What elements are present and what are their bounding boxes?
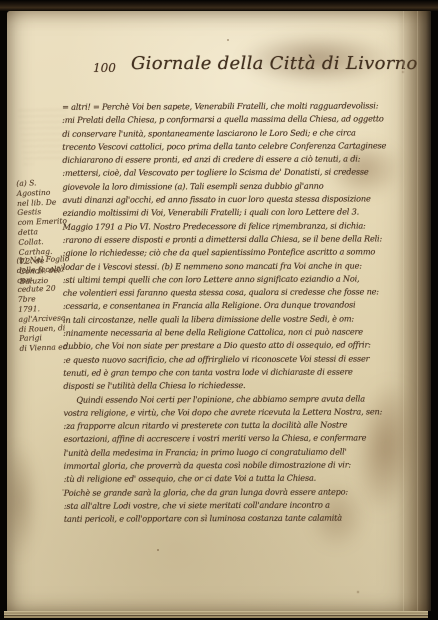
manuscript-line: lodar de i Vescovi stessi. (b) E nemmeno… [63, 259, 409, 274]
manuscript-line: vostra religione, e virtù, che Voi dopo … [63, 405, 409, 420]
ink-stain [7, 441, 39, 561]
manuscript-photo: 100 Giornale della Città di Livorno (a) … [0, 0, 438, 620]
manuscript-line: :mettersi, cioè, dal Vescovato per togli… [62, 166, 408, 181]
manuscript-line: :gione lo richiedesse; ciò che da quel s… [63, 246, 409, 261]
folio-number: 100 [93, 61, 116, 75]
manuscript-page: 100 Giornale della Città di Livorno (a) … [7, 11, 431, 611]
body-text: = altri! = Perchè Voi ben sapete, Venera… [62, 99, 410, 526]
manuscript-line: esortazioni, affine di accrescere i vost… [64, 432, 410, 447]
manuscript-line: :e questo nuovo sacrificio, che ad offri… [63, 352, 409, 367]
manuscript-line: eziandio moltissimi di Voi, Venerabili F… [63, 206, 409, 221]
page-curve-shadow [397, 11, 431, 611]
page-stack-edges [4, 611, 428, 618]
manuscript-line: che volentieri essi faranno questa stess… [63, 285, 409, 300]
manuscript-line: tanti pericoli, e coll'opportare con sì … [64, 511, 410, 526]
manuscript-line: dubbio, che Voi non siate per prestare a… [63, 339, 409, 354]
foxing-specks [157, 549, 159, 551]
book-top-edge [0, 0, 438, 11]
manuscript-line: Quindi essendo Noi certi per l'opinione,… [63, 392, 409, 407]
manuscript-line: :mi Prelati della Chiesa, p conformarsi … [62, 113, 408, 128]
page-title: Giornale della Città di Livorno [131, 53, 418, 74]
